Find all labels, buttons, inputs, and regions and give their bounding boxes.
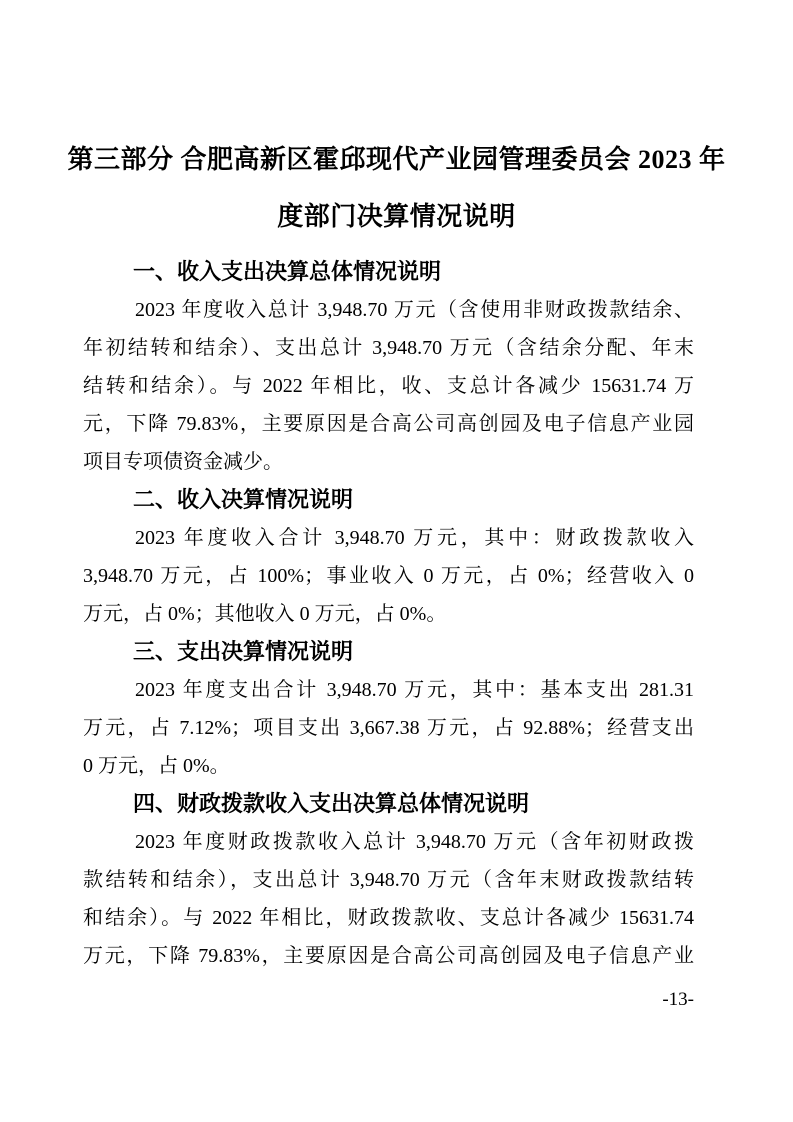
section-heading: 二、收入决算情况说明 [83, 481, 694, 519]
paragraph-line: 元，下降 79.83%，主要原因是合高公司高创园及电子信息产业园 [83, 405, 694, 443]
paragraph-line: 万元，占 0%；其他收入 0 万元，占 0%。 [83, 595, 694, 633]
paragraph-line: 2023 年度财政拨款收入总计 3,948.70 万元（含年初财政拨 [83, 823, 694, 861]
document-page: 第三部分 合肥高新区霍邱现代产业园管理委员会 2023 年 度部门决算情况说明 … [0, 0, 793, 1122]
paragraph-line: 2023 年度收入总计 3,948.70 万元（含使用非财政拨款结余、 [83, 291, 694, 329]
paragraph-line: 万元，下降 79.83%，主要原因是合高公司高创园及电子信息产业 [83, 937, 694, 975]
title-line-1: 第三部分 合肥高新区霍邱现代产业园管理委员会 2023 年 [0, 131, 793, 188]
paragraph-line: 0 万元，占 0%。 [83, 747, 694, 785]
paragraph-line: 年初结转和结余）、支出总计 3,948.70 万元（含结余分配、年末 [83, 329, 694, 367]
paragraph-line: 万元，占 7.12%；项目支出 3,667.38 万元，占 92.88%；经营支… [83, 709, 694, 747]
paragraph-line: 2023 年度支出合计 3,948.70 万元，其中：基本支出 281.31 [83, 671, 694, 709]
paragraph-line: 结转和结余）。与 2022 年相比，收、支总计各减少 15631.74 万 [83, 367, 694, 405]
paragraph-line: 2023 年度收入合计 3,948.70 万元，其中：财政拨款收入 [83, 519, 694, 557]
section-heading: 一、收入支出决算总体情况说明 [83, 253, 694, 291]
paragraph-line: 3,948.70 万元，占 100%；事业收入 0 万元，占 0%；经营收入 0 [83, 557, 694, 595]
section-heading: 三、支出决算情况说明 [83, 633, 694, 671]
section-heading: 四、财政拨款收入支出决算总体情况说明 [83, 785, 694, 823]
title-line-2: 度部门决算情况说明 [0, 188, 793, 245]
paragraph-line: 项目专项债资金减少。 [83, 443, 694, 481]
document-title: 第三部分 合肥高新区霍邱现代产业园管理委员会 2023 年 度部门决算情况说明 [0, 131, 793, 245]
page-number: -13- [662, 989, 694, 1011]
document-body: 一、收入支出决算总体情况说明2023 年度收入总计 3,948.70 万元（含使… [83, 253, 694, 975]
paragraph-line: 和结余）。与 2022 年相比，财政拨款收、支总计各减少 15631.74 [83, 899, 694, 937]
paragraph-line: 款结转和结余），支出总计 3,948.70 万元（含年末财政拨款结转 [83, 861, 694, 899]
